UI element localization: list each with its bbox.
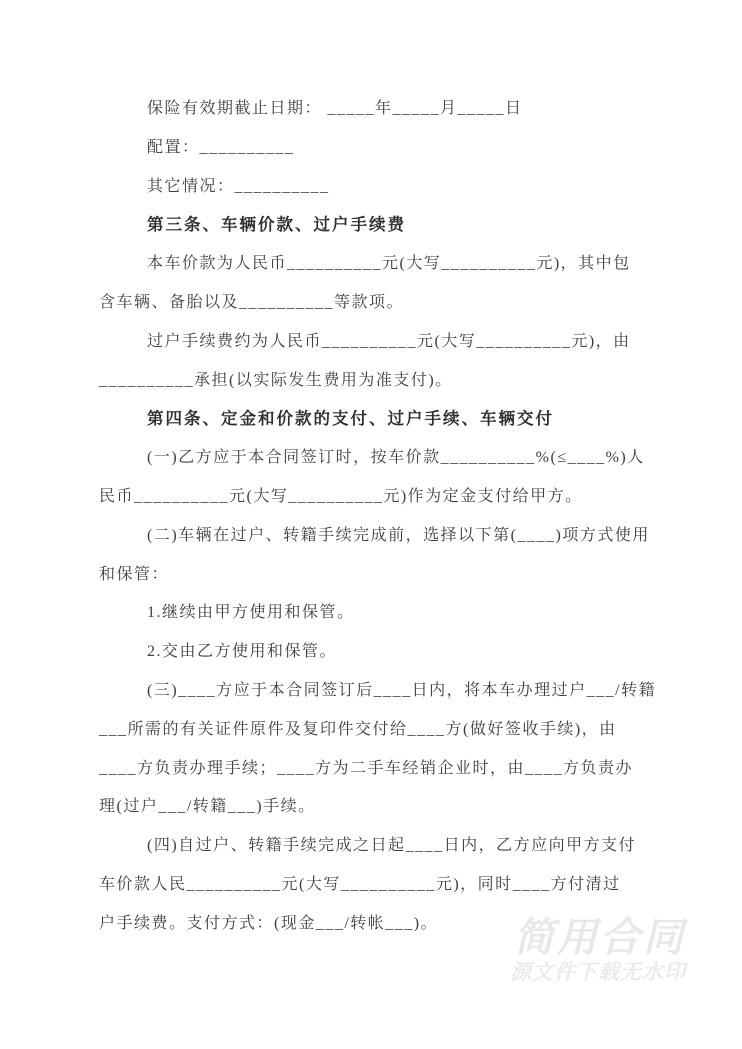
watermark-subtitle: 源文件下载无水印 xyxy=(510,960,686,986)
line-option1-party-a: 1.继续由甲方使用和保管。 xyxy=(99,594,659,633)
line-clause3-transfer-1: (三)____方应于本合同签订后____日内，将本车办理过户___/转籍 xyxy=(99,672,659,711)
line-clause4-payment-3: 户手续费。支付方式：(现金___/转帐___)。 xyxy=(99,905,659,944)
line-insurance-expiry-date: 保险有效期截止日期： _____年_____月_____日 xyxy=(99,90,659,129)
line-clause4-payment-1: (四)自过户、转籍手续完成之日起____日内，乙方应向甲方支付 xyxy=(99,827,659,866)
line-clause3-transfer-2: ___所需的有关证件原件及复印件交付给____方(做好签收手续)，由 xyxy=(99,711,659,750)
line-clause1-deposit-1: (一)乙方应于本合同签订时，按车价款__________%(≤____%)人 xyxy=(99,439,659,478)
line-clause1-deposit-2: 民币__________元(大写__________元)作为定金支付给甲方。 xyxy=(99,478,659,517)
contract-body: 保险有效期截止日期： _____年_____月_____日 配置：_______… xyxy=(99,90,659,944)
section3-heading: 第三条、车辆价款、过户手续费 xyxy=(99,206,659,245)
line-configuration: 配置：__________ xyxy=(99,129,659,168)
line-transfer-fee-1: 过户手续费约为人民币__________元(大写__________元)，由 xyxy=(99,323,659,362)
contract-page: 保险有效期截止日期： _____年_____月_____日 配置：_______… xyxy=(0,0,742,1049)
line-vehicle-price-1: 本车价款为人民币__________元(大写__________元)，其中包 xyxy=(99,245,659,284)
line-option2-party-b: 2.交由乙方使用和保管。 xyxy=(99,633,659,672)
line-clause3-transfer-3: ____方负责办理手续；____方为二手车经销企业时，由____方负责办 xyxy=(99,750,659,789)
line-transfer-fee-2: __________承担(以实际发生费用为准支付)。 xyxy=(99,362,659,401)
line-vehicle-price-2: 含车辆、备胎以及__________等款项。 xyxy=(99,284,659,323)
line-clause2-custody-1: (二)车辆在过户、转籍手续完成前，选择以下第(____)项方式使用 xyxy=(99,517,659,556)
line-clause3-transfer-4: 理(过户___/转籍___)手续。 xyxy=(99,788,659,827)
line-clause2-custody-2: 和保管： xyxy=(99,556,659,595)
section4-heading: 第四条、定金和价款的支付、过户手续、车辆交付 xyxy=(99,400,659,439)
line-other-conditions: 其它情况：__________ xyxy=(99,168,659,207)
line-clause4-payment-2: 车价款人民__________元(大写__________元)，同时____方付… xyxy=(99,866,659,905)
